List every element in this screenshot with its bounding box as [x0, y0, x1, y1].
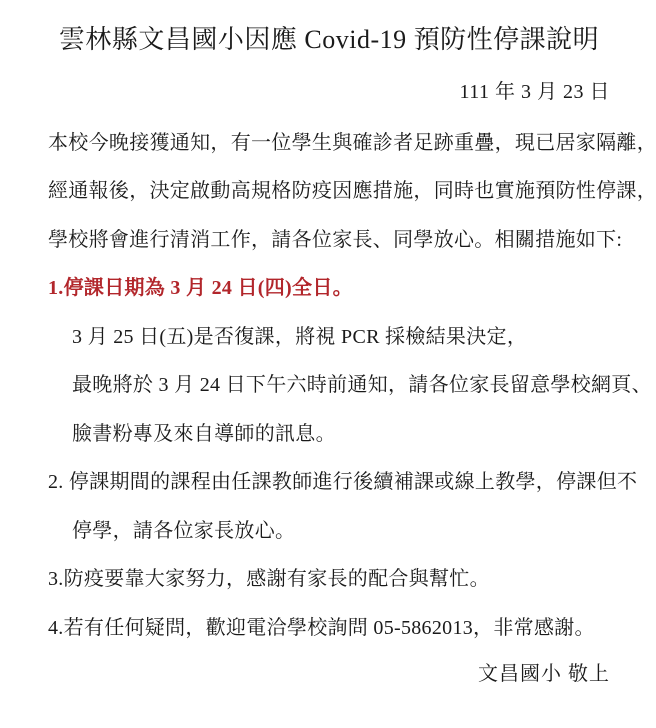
document-line: 學校將會進行清消工作，請各位家長、同學放心。相關措施如下:: [48, 213, 610, 262]
document-line: 本校今晚接獲通知，有一位學生與確診者足跡重疊，現已居家隔離，: [48, 116, 610, 165]
announcement-document: 雲林縣文昌國小因應 Covid-19 預防性停課說明 111 年 3 月 23 …: [0, 0, 656, 728]
document-line: 3 月 25 日(五)是否復課，將視 PCR 採檢結果決定，: [48, 310, 610, 359]
document-line: 1.停課日期為 3 月 24 日(四)全日。: [48, 262, 610, 311]
document-line: 3.防疫要靠大家努力，感謝有家長的配合與幫忙。: [48, 553, 610, 602]
document-line: 臉書粉專及來自導師的訊息。: [48, 407, 610, 456]
document-title: 雲林縣文昌國小因應 Covid-19 預防性停課說明: [48, 22, 610, 58]
document-date: 111 年 3 月 23 日: [48, 78, 610, 106]
document-line: 最晚將於 3 月 24 日下午六時前通知，請各位家長留意學校網頁、: [48, 359, 610, 408]
document-line: 停學，請各位家長放心。: [48, 504, 610, 553]
document-line: 4.若有任何疑問，歡迎電洽學校詢問 05-5862013，非常感謝。: [48, 601, 610, 650]
document-lines: 本校今晚接獲通知，有一位學生與確診者足跡重疊，現已居家隔離，經通報後，決定啟動高…: [48, 116, 610, 650]
document-line: 經通報後，決定啟動高規格防疫因應措施，同時也實施預防性停課，: [48, 165, 610, 214]
document-signature: 文昌國小 敬上: [48, 650, 610, 698]
document-line: 2. 停課期間的課程由任課教師進行後續補課或線上教學，停課但不: [48, 456, 610, 505]
